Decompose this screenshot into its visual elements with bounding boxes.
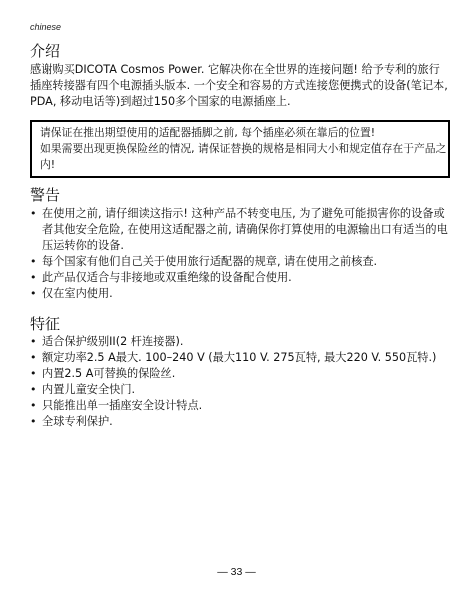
features-list: 适合保护级别II(2 杆连接器). 额定功率2.5 A最大. 100–240 V… (30, 334, 450, 430)
features-heading: 特征 (30, 313, 60, 334)
page-number: — 33 — (0, 566, 473, 578)
intro-heading: 介绍 (30, 40, 60, 61)
list-item: 适合保护级别II(2 杆连接器). (30, 334, 450, 350)
list-item: 内置2.5 A可替换的保险丝. (30, 366, 450, 382)
notice-line: 请保证在推出期望使用的适配器插脚之前, 每个插座必须在靠后的位置! (40, 124, 448, 141)
list-item: 只能推出单一插座安全设计特点. (30, 398, 450, 414)
list-item: 全球专利保护. (30, 414, 450, 430)
list-item: 此产品仅适合与非接地或双重绝缘的设备配合使用. (30, 270, 450, 286)
notice-line: 如果需要出现更换保险丝的情况, 请保证替换的规格是相同大小和规定值存在于产品之内… (40, 141, 448, 173)
list-item: 额定功率2.5 A最大. 100–240 V (最大110 V. 275瓦特, … (30, 350, 450, 366)
list-item: 每个国家有他们自己关于使用旅行适配器的规章, 请在使用之前核查. (30, 254, 450, 270)
warnings-heading: 警告 (30, 184, 60, 205)
notice-box: 请保证在推出期望使用的适配器插脚之前, 每个插座必须在靠后的位置! 如果需要出现… (30, 120, 450, 178)
list-item: 内置儿童安全快门. (30, 382, 450, 398)
list-item: 在使用之前, 请仔细读这指示! 这种产品不转变电压, 为了避免可能损害你的设备或… (30, 206, 450, 254)
intro-paragraph: 感谢购买DICOTA Cosmos Power. 它解决你在全世界的连接问题! … (30, 62, 450, 110)
language-label: chinese (30, 22, 61, 32)
warnings-list: 在使用之前, 请仔细读这指示! 这种产品不转变电压, 为了避免可能损害你的设备或… (30, 206, 450, 302)
list-item: 仅在室内使用. (30, 286, 450, 302)
